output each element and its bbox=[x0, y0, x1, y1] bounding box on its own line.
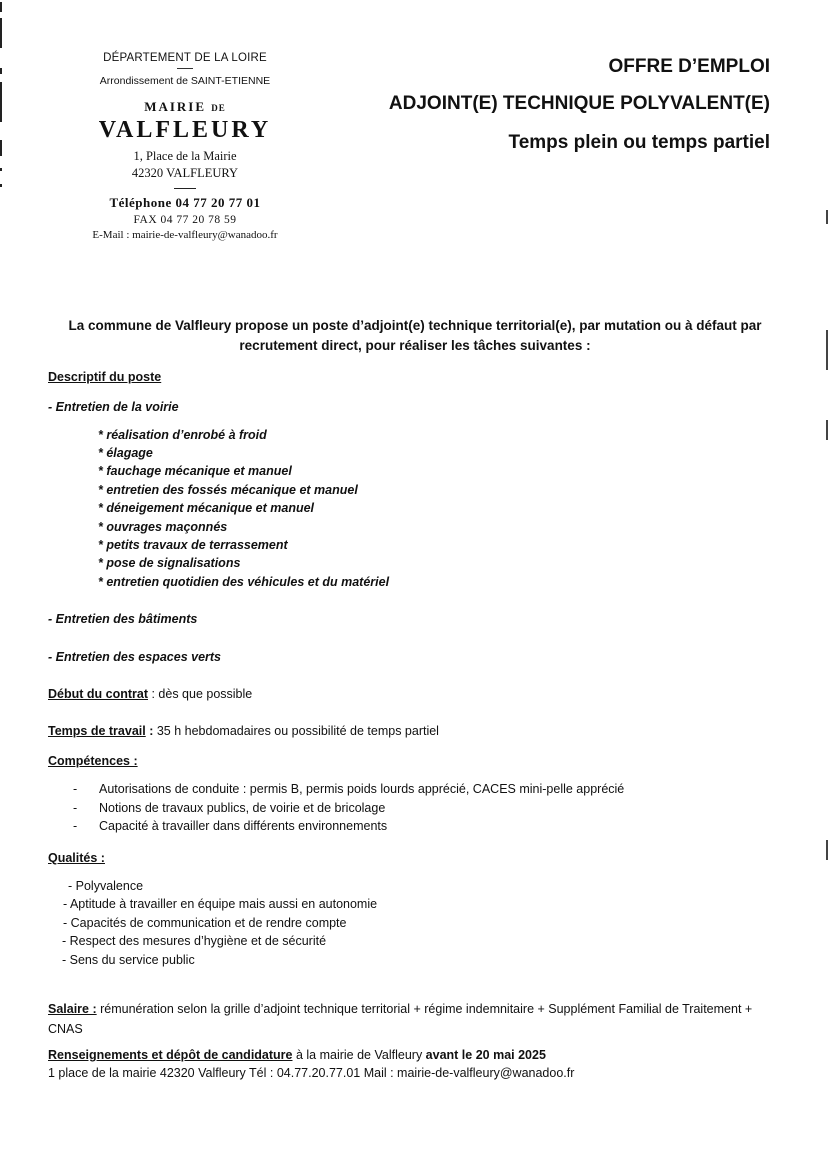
telephone: Téléphone 04 77 20 77 01 bbox=[60, 195, 310, 211]
competence-item: Autorisations de conduite : permis B, pe… bbox=[99, 782, 624, 796]
arrondissement: Arrondissement de SAINT-ETIENNE bbox=[60, 75, 310, 87]
scan-mark bbox=[0, 2, 2, 12]
working-time-value: 35 h hebdomadaires ou possibilité de tem… bbox=[157, 724, 439, 738]
working-time-label: Temps de travail bbox=[48, 724, 146, 738]
scan-mark bbox=[0, 140, 2, 156]
mairie-de-text: DE bbox=[211, 103, 226, 113]
fax: FAX 04 77 20 78 59 bbox=[60, 214, 310, 226]
task-item: * élagage bbox=[98, 446, 153, 460]
category-espaces-verts: - Entretien des espaces verts bbox=[48, 650, 221, 664]
qualites-heading: Qualités : bbox=[48, 851, 105, 865]
task-item: * réalisation d’enrobé à froid bbox=[98, 428, 267, 442]
salary: Salaire : rémunération selon la grille d… bbox=[48, 999, 788, 1039]
quality-item: - Capacités de communication et de rendr… bbox=[63, 916, 346, 930]
bullet: - bbox=[73, 819, 77, 833]
application-deadline: avant le 20 mai 2025 bbox=[426, 1048, 546, 1062]
salary-label: Salaire : bbox=[48, 1002, 97, 1016]
task-item: * fauchage mécanique et manuel bbox=[98, 464, 292, 478]
divider bbox=[60, 87, 310, 95]
commune-name: VALFLEURY bbox=[60, 117, 310, 144]
scan-mark bbox=[0, 184, 2, 187]
quality-item: - Polyvalence bbox=[68, 879, 143, 893]
address-line: 42320 VALFLEURY bbox=[60, 165, 310, 182]
task-item: * entretien des fossés mécanique et manu… bbox=[98, 483, 358, 497]
task-item: * entretien quotidien des véhicules et d… bbox=[98, 575, 389, 589]
scan-mark bbox=[0, 82, 2, 122]
position-title: ADJOINT(E) TECHNIQUE POLYVALENT(E) bbox=[389, 93, 770, 115]
description-heading: Descriptif du poste bbox=[48, 370, 161, 384]
working-time: Temps de travail : 35 h hebdomadaires ou… bbox=[48, 724, 439, 738]
salary-line: CNAS bbox=[48, 1022, 83, 1036]
mairie-text: MAIRIE bbox=[144, 99, 206, 114]
task-item: * pose de signalisations bbox=[98, 556, 240, 570]
mairie-label: MAIRIE DE bbox=[60, 99, 310, 115]
bullet: - bbox=[73, 782, 77, 796]
working-time-sep: : bbox=[146, 724, 157, 738]
scan-mark bbox=[0, 168, 2, 171]
quality-item: - Aptitude à travailler en équipe mais a… bbox=[63, 897, 377, 911]
letterhead: DÉPARTEMENT DE LA LOIRE Arrondissement d… bbox=[60, 52, 310, 241]
bullet: - bbox=[73, 801, 77, 815]
competences-heading: Compétences : bbox=[48, 754, 138, 768]
task-item: * déneigement mécanique et manuel bbox=[98, 501, 314, 515]
contract-start-value: : dès que possible bbox=[148, 687, 252, 701]
competence-item: Notions de travaux publics, de voirie et… bbox=[99, 801, 385, 815]
email: E-Mail : mairie-de-valfleury@wanadoo.fr bbox=[60, 229, 310, 241]
contract-start: Début du contrat : dès que possible bbox=[48, 687, 252, 701]
quality-item: - Sens du service public bbox=[62, 953, 195, 967]
category-batiments: - Entretien des bâtiments bbox=[48, 612, 197, 626]
application-info: Renseignements et dépôt de candidature à… bbox=[48, 1048, 546, 1062]
contract-start-label: Début du contrat bbox=[48, 687, 148, 701]
scan-mark bbox=[0, 18, 2, 48]
scan-mark bbox=[0, 68, 2, 74]
task-item: * petits travaux de terrassement bbox=[98, 538, 288, 552]
divider bbox=[174, 188, 196, 189]
application-label: Renseignements et dépôt de candidature bbox=[48, 1048, 293, 1062]
schedule-title: Temps plein ou temps partiel bbox=[389, 132, 770, 154]
intro-line: recrutement direct, pour réaliser les tâ… bbox=[40, 336, 790, 356]
job-title-block: OFFRE D’EMPLOI ADJOINT(E) TECHNIQUE POLY… bbox=[389, 56, 770, 154]
category-voirie: - Entretien de la voirie bbox=[48, 400, 179, 414]
task-item: * ouvrages maçonnés bbox=[98, 520, 227, 534]
application-text: à la mairie de Valfleury bbox=[293, 1048, 426, 1062]
competence-item: Capacité à travailler dans différents en… bbox=[99, 819, 387, 833]
divider bbox=[177, 68, 193, 69]
salary-line: rémunération selon la grille d’adjoint t… bbox=[97, 1002, 753, 1016]
intro-line: La commune de Valfleury propose un poste… bbox=[40, 316, 790, 336]
quality-item: - Respect des mesures d’hygiène et de sé… bbox=[62, 934, 326, 948]
intro-paragraph: La commune de Valfleury propose un poste… bbox=[40, 316, 790, 356]
offer-title: OFFRE D’EMPLOI bbox=[389, 56, 770, 78]
department: DÉPARTEMENT DE LA LOIRE bbox=[60, 52, 310, 64]
contact-line: 1 place de la mairie 42320 Valfleury Tél… bbox=[48, 1066, 574, 1080]
address: 1, Place de la Mairie 42320 VALFLEURY bbox=[60, 148, 310, 182]
address-line: 1, Place de la Mairie bbox=[60, 148, 310, 165]
